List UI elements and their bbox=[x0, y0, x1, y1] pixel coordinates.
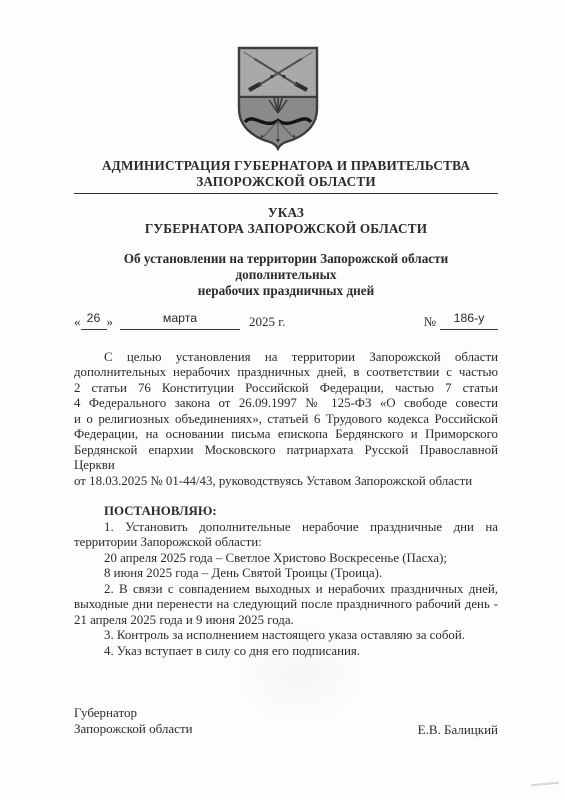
doc-issuer-label: ГУБЕРНАТОРА ЗАПОРОЖСКОЙ ОБЛАСТИ bbox=[74, 221, 498, 237]
preamble-line: 4 Федерального закона от 26.09.1997 № 12… bbox=[74, 396, 498, 412]
org-name-line1: АДМИНИСТРАЦИЯ ГУБЕРНАТОРА И ПРАВИТЕЛЬСТВ… bbox=[74, 158, 498, 174]
content-block: АДМИНИСТРАЦИЯ ГУБЕРНАТОРА И ПРАВИТЕЛЬСТВ… bbox=[0, 158, 565, 737]
year-label: 2025 г. bbox=[249, 314, 285, 330]
item1-line: территории Запорожской области: bbox=[74, 535, 498, 551]
emblem-container bbox=[0, 0, 560, 151]
scan-artifact bbox=[531, 782, 559, 786]
signer-post-line2: Запорожской области bbox=[74, 721, 193, 737]
preamble-line: С целью установления на территории Запор… bbox=[74, 350, 498, 366]
body-text: С целью установления на территории Запор… bbox=[74, 350, 498, 660]
signer-post: Губернатор Запорожской области bbox=[74, 705, 193, 737]
preamble-line: от 18.03.2025 № 01-44/43, руководствуясь… bbox=[74, 474, 498, 490]
preamble-line: Федерации, на основании письма епископа … bbox=[74, 427, 498, 443]
preamble-line: и о религиозных объединениях», статьей 6… bbox=[74, 412, 498, 428]
signer-post-line1: Губернатор bbox=[74, 705, 193, 721]
resolve-word: ПОСТАНОВЛЯЮ: bbox=[74, 504, 498, 520]
org-name-line2: ЗАПОРОЖСКОЙ ОБЛАСТИ bbox=[74, 174, 498, 190]
document-type-block: УКАЗ ГУБЕРНАТОРА ЗАПОРОЖСКОЙ ОБЛАСТИ bbox=[74, 205, 498, 236]
document-page: АДМИНИСТРАЦИЯ ГУБЕРНАТОРА И ПРАВИТЕЛЬСТВ… bbox=[0, 0, 565, 800]
preamble-line: Бердянской епархии Московского патриарха… bbox=[74, 443, 498, 474]
document-title-line1: Об установлении на территории Запорожско… bbox=[74, 251, 498, 283]
item2-line: 2. В связи с совпадением выходных и нера… bbox=[74, 582, 498, 598]
item2-line: выходные дни перенести на следующий посл… bbox=[74, 597, 498, 613]
date-and-number-line: «26» марта 2025 г. № 186-у bbox=[74, 311, 498, 330]
preamble-line: дополнительных нерабочих праздничных дне… bbox=[74, 365, 498, 381]
number-field: 186-у bbox=[440, 311, 498, 330]
item4-line: 4. Указ вступает в силу со дня его подпи… bbox=[74, 644, 498, 660]
item1-line: 1. Установить дополнительные нерабочие п… bbox=[74, 520, 498, 536]
coat-of-arms-zaporozhye-oblast-icon bbox=[236, 45, 320, 151]
preamble-line: 2 статьи 76 Конституции Российской Федер… bbox=[74, 381, 498, 397]
month-field: марта bbox=[120, 311, 240, 330]
header-divider bbox=[74, 193, 498, 194]
number-sign: № bbox=[424, 314, 436, 330]
signer-name: Е.В. Балицкий bbox=[418, 722, 498, 738]
item2-line: 21 апреля 2025 года и 9 июня 2025 года. bbox=[74, 613, 498, 629]
date-group: «26» марта 2025 г. bbox=[74, 311, 285, 330]
day-field: 26 bbox=[81, 311, 107, 330]
document-title: Об установлении на территории Запорожско… bbox=[74, 251, 498, 299]
item3-line: 3. Контроль за исполнением настоящего ук… bbox=[74, 628, 498, 644]
signature-block: Губернатор Запорожской области Е.В. Бали… bbox=[74, 705, 498, 737]
number-group: № 186-у bbox=[424, 311, 498, 330]
close-quote: » bbox=[107, 314, 114, 330]
document-title-line2: нерабочих праздничных дней bbox=[74, 283, 498, 299]
doc-type-label: УКАЗ bbox=[74, 205, 498, 221]
letterhead: АДМИНИСТРАЦИЯ ГУБЕРНАТОРА И ПРАВИТЕЛЬСТВ… bbox=[74, 158, 498, 190]
holiday-line: 8 июня 2025 года – День Святой Троицы (Т… bbox=[74, 566, 498, 582]
holiday-line: 20 апреля 2025 года – Светлое Христово В… bbox=[74, 551, 498, 567]
